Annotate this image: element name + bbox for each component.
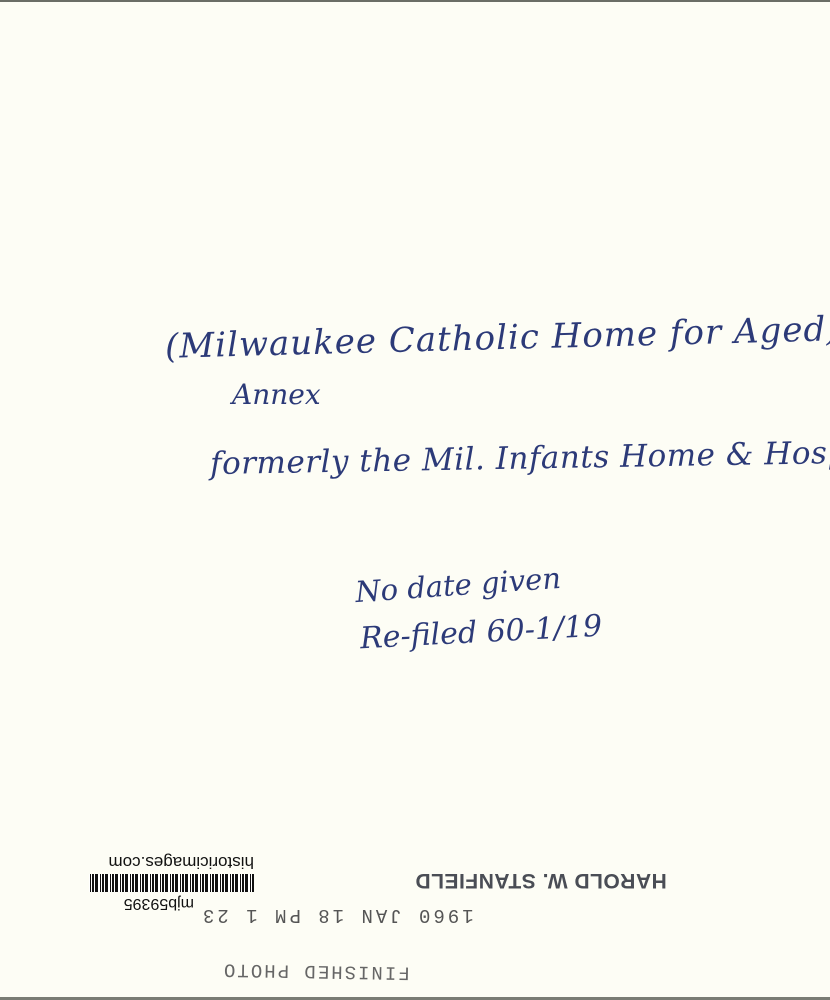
archive-site: historicimages.com <box>84 852 254 872</box>
barcode-icon <box>89 874 254 892</box>
handwritten-formerly: formerly the Mil. Infants Home & Hospita… <box>210 434 830 482</box>
handwritten-title: (Milwaukee Catholic Home for Aged) <box>165 309 830 367</box>
finished-photo-stamp: FINISHED PHOTO <box>222 958 410 983</box>
date-stamp: 1960 JAN 18 PM 1 23 <box>200 904 474 926</box>
archive-label: mjb59395 historicimages.com <box>84 852 254 912</box>
photographer-stamp: HAROLD W. STANFIELD <box>415 868 667 892</box>
photo-top-edge <box>0 0 830 2</box>
handwritten-no-date: No date given <box>354 561 562 609</box>
handwritten-refiled: Re-filed 60-1/19 <box>359 609 603 657</box>
handwritten-annex: Annex <box>232 378 321 411</box>
